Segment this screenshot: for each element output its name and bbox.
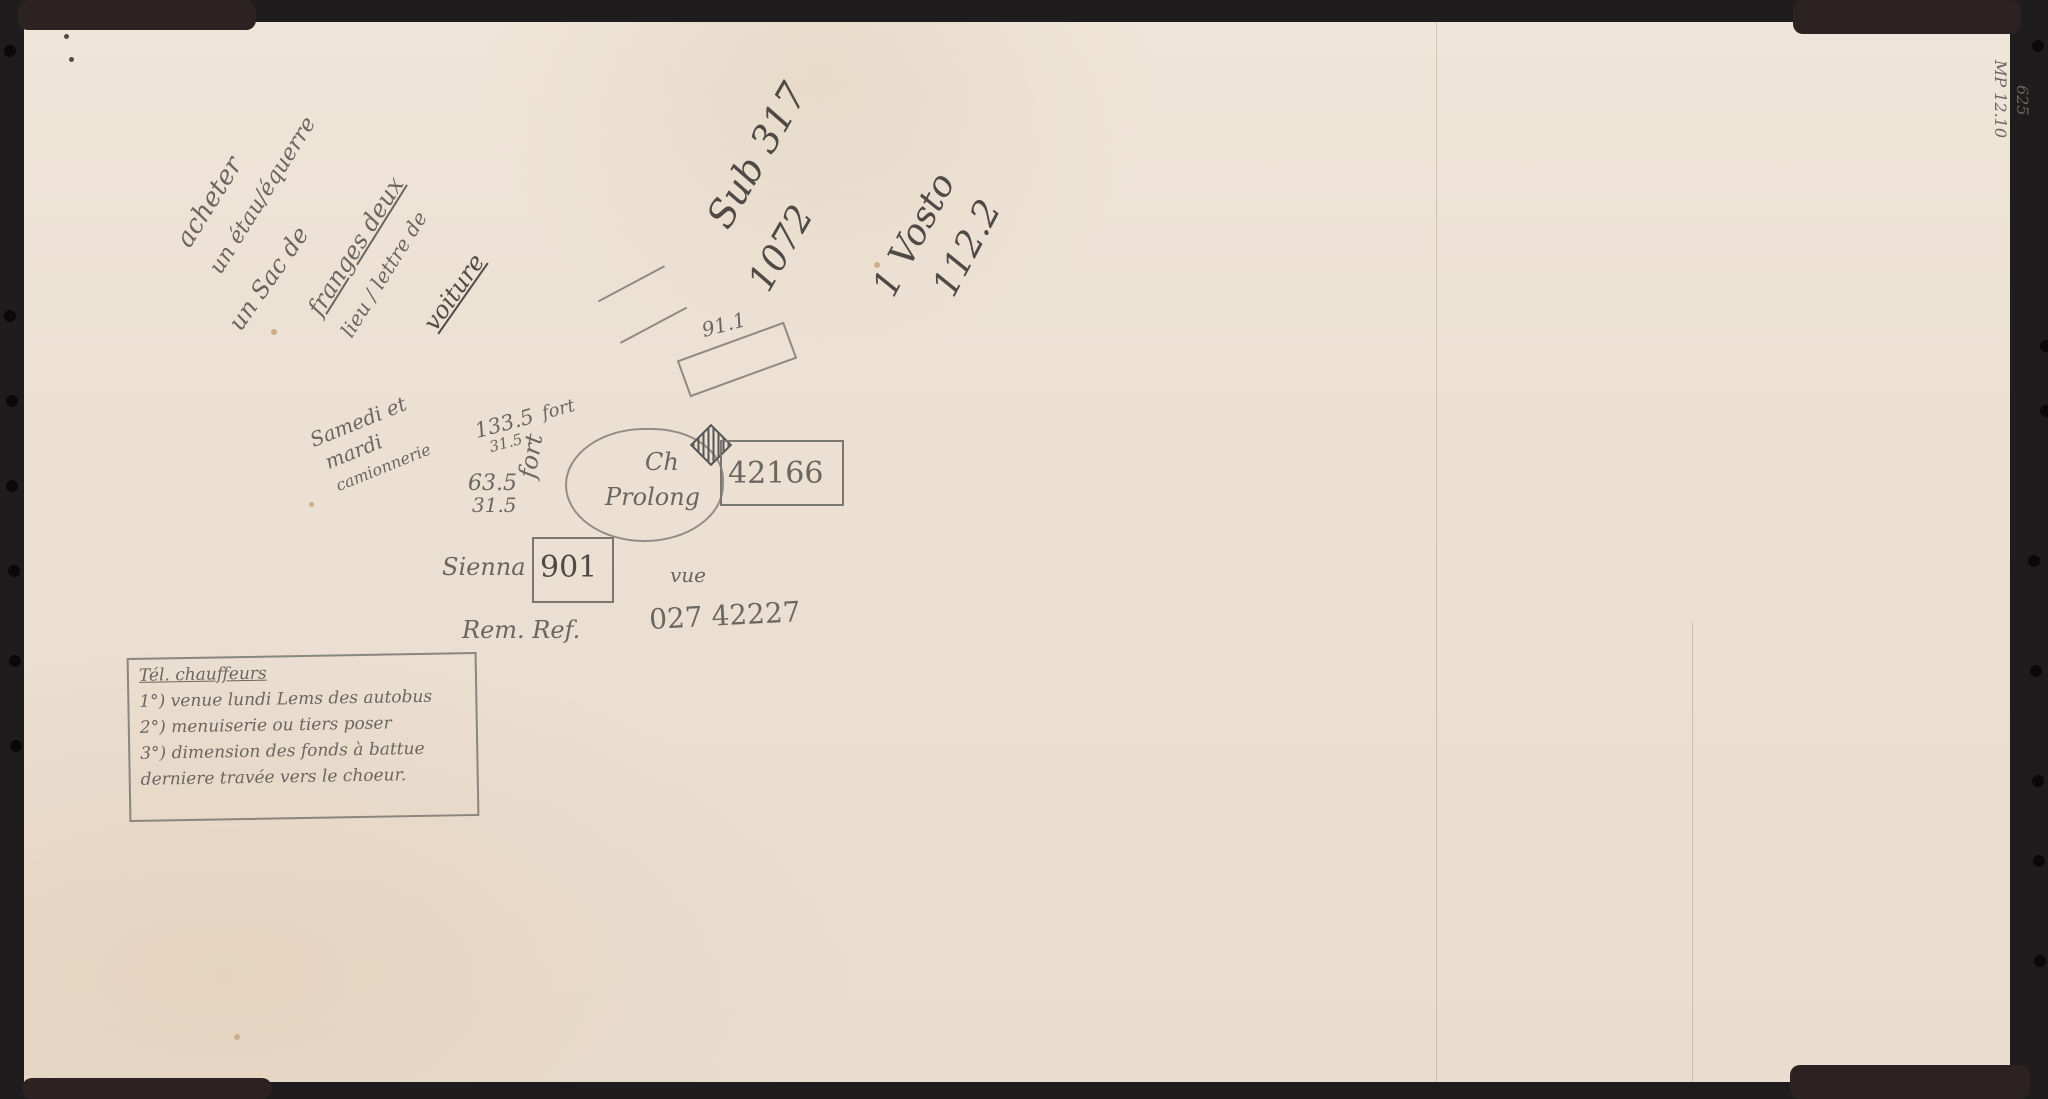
mount-hole bbox=[2034, 955, 2046, 967]
circle-prolong: Prolong bbox=[605, 485, 700, 510]
dim-63-5: 63.5 bbox=[468, 472, 517, 495]
label-901: 901 bbox=[540, 552, 597, 584]
top-right-clip bbox=[1793, 0, 2021, 34]
label-42166: 42166 bbox=[728, 458, 823, 490]
bottom-left-clip bbox=[22, 1078, 272, 1099]
mount-hole bbox=[2032, 40, 2044, 52]
vue-number: 027 42227 bbox=[648, 597, 801, 634]
corner-mp: MP 12.10 bbox=[1991, 60, 2008, 138]
paper-sheet bbox=[24, 22, 2010, 1082]
corner-625: 625 bbox=[2013, 85, 2030, 116]
chauffeurs-note-box: Tél. chauffeurs 1°) venue lundi Lems des… bbox=[127, 652, 480, 822]
circle-ch: Ch bbox=[645, 450, 679, 475]
note-item-4: derniere travée vers le choeur. bbox=[141, 764, 477, 790]
mount-hole bbox=[6, 480, 18, 492]
top-left-clip bbox=[18, 0, 256, 30]
mount-hole bbox=[4, 45, 16, 57]
sienna-label: Sienna bbox=[442, 555, 526, 580]
crease-line bbox=[1436, 22, 1437, 1082]
bottom-right-clip bbox=[1790, 1065, 2030, 1099]
mount-hole bbox=[6, 395, 18, 407]
foxing-spot bbox=[69, 57, 74, 62]
mount-hole bbox=[8, 565, 20, 577]
mount-hole bbox=[4, 310, 16, 322]
mount-hole bbox=[10, 740, 22, 752]
foxing-spot bbox=[64, 34, 69, 39]
mount-hole bbox=[2028, 555, 2040, 567]
mount-hole bbox=[9, 655, 21, 667]
foxing-spot bbox=[271, 329, 277, 335]
note-item-2: 2°) menuiserie ou tiers poser bbox=[140, 712, 476, 738]
mount-hole bbox=[2032, 775, 2044, 787]
foxing-spot bbox=[234, 1034, 240, 1040]
crease-line bbox=[1692, 622, 1693, 1082]
mount-hole bbox=[2040, 405, 2048, 417]
note-title: Tél. chauffeurs bbox=[139, 660, 475, 686]
mount-hole bbox=[2040, 340, 2048, 352]
note-item-3: 3°) dimension des fonds à battue bbox=[140, 738, 476, 764]
rem-ref: Rem. Ref. bbox=[462, 618, 580, 643]
foxing-spot bbox=[309, 502, 314, 507]
mount-hole bbox=[2033, 855, 2045, 867]
dim-31-5-b: 31.5 bbox=[472, 495, 517, 516]
vue-label: vue bbox=[670, 565, 706, 586]
note-item-1: 1°) venue lundi Lems des autobus bbox=[139, 686, 475, 712]
mount-hole bbox=[2030, 665, 2042, 677]
